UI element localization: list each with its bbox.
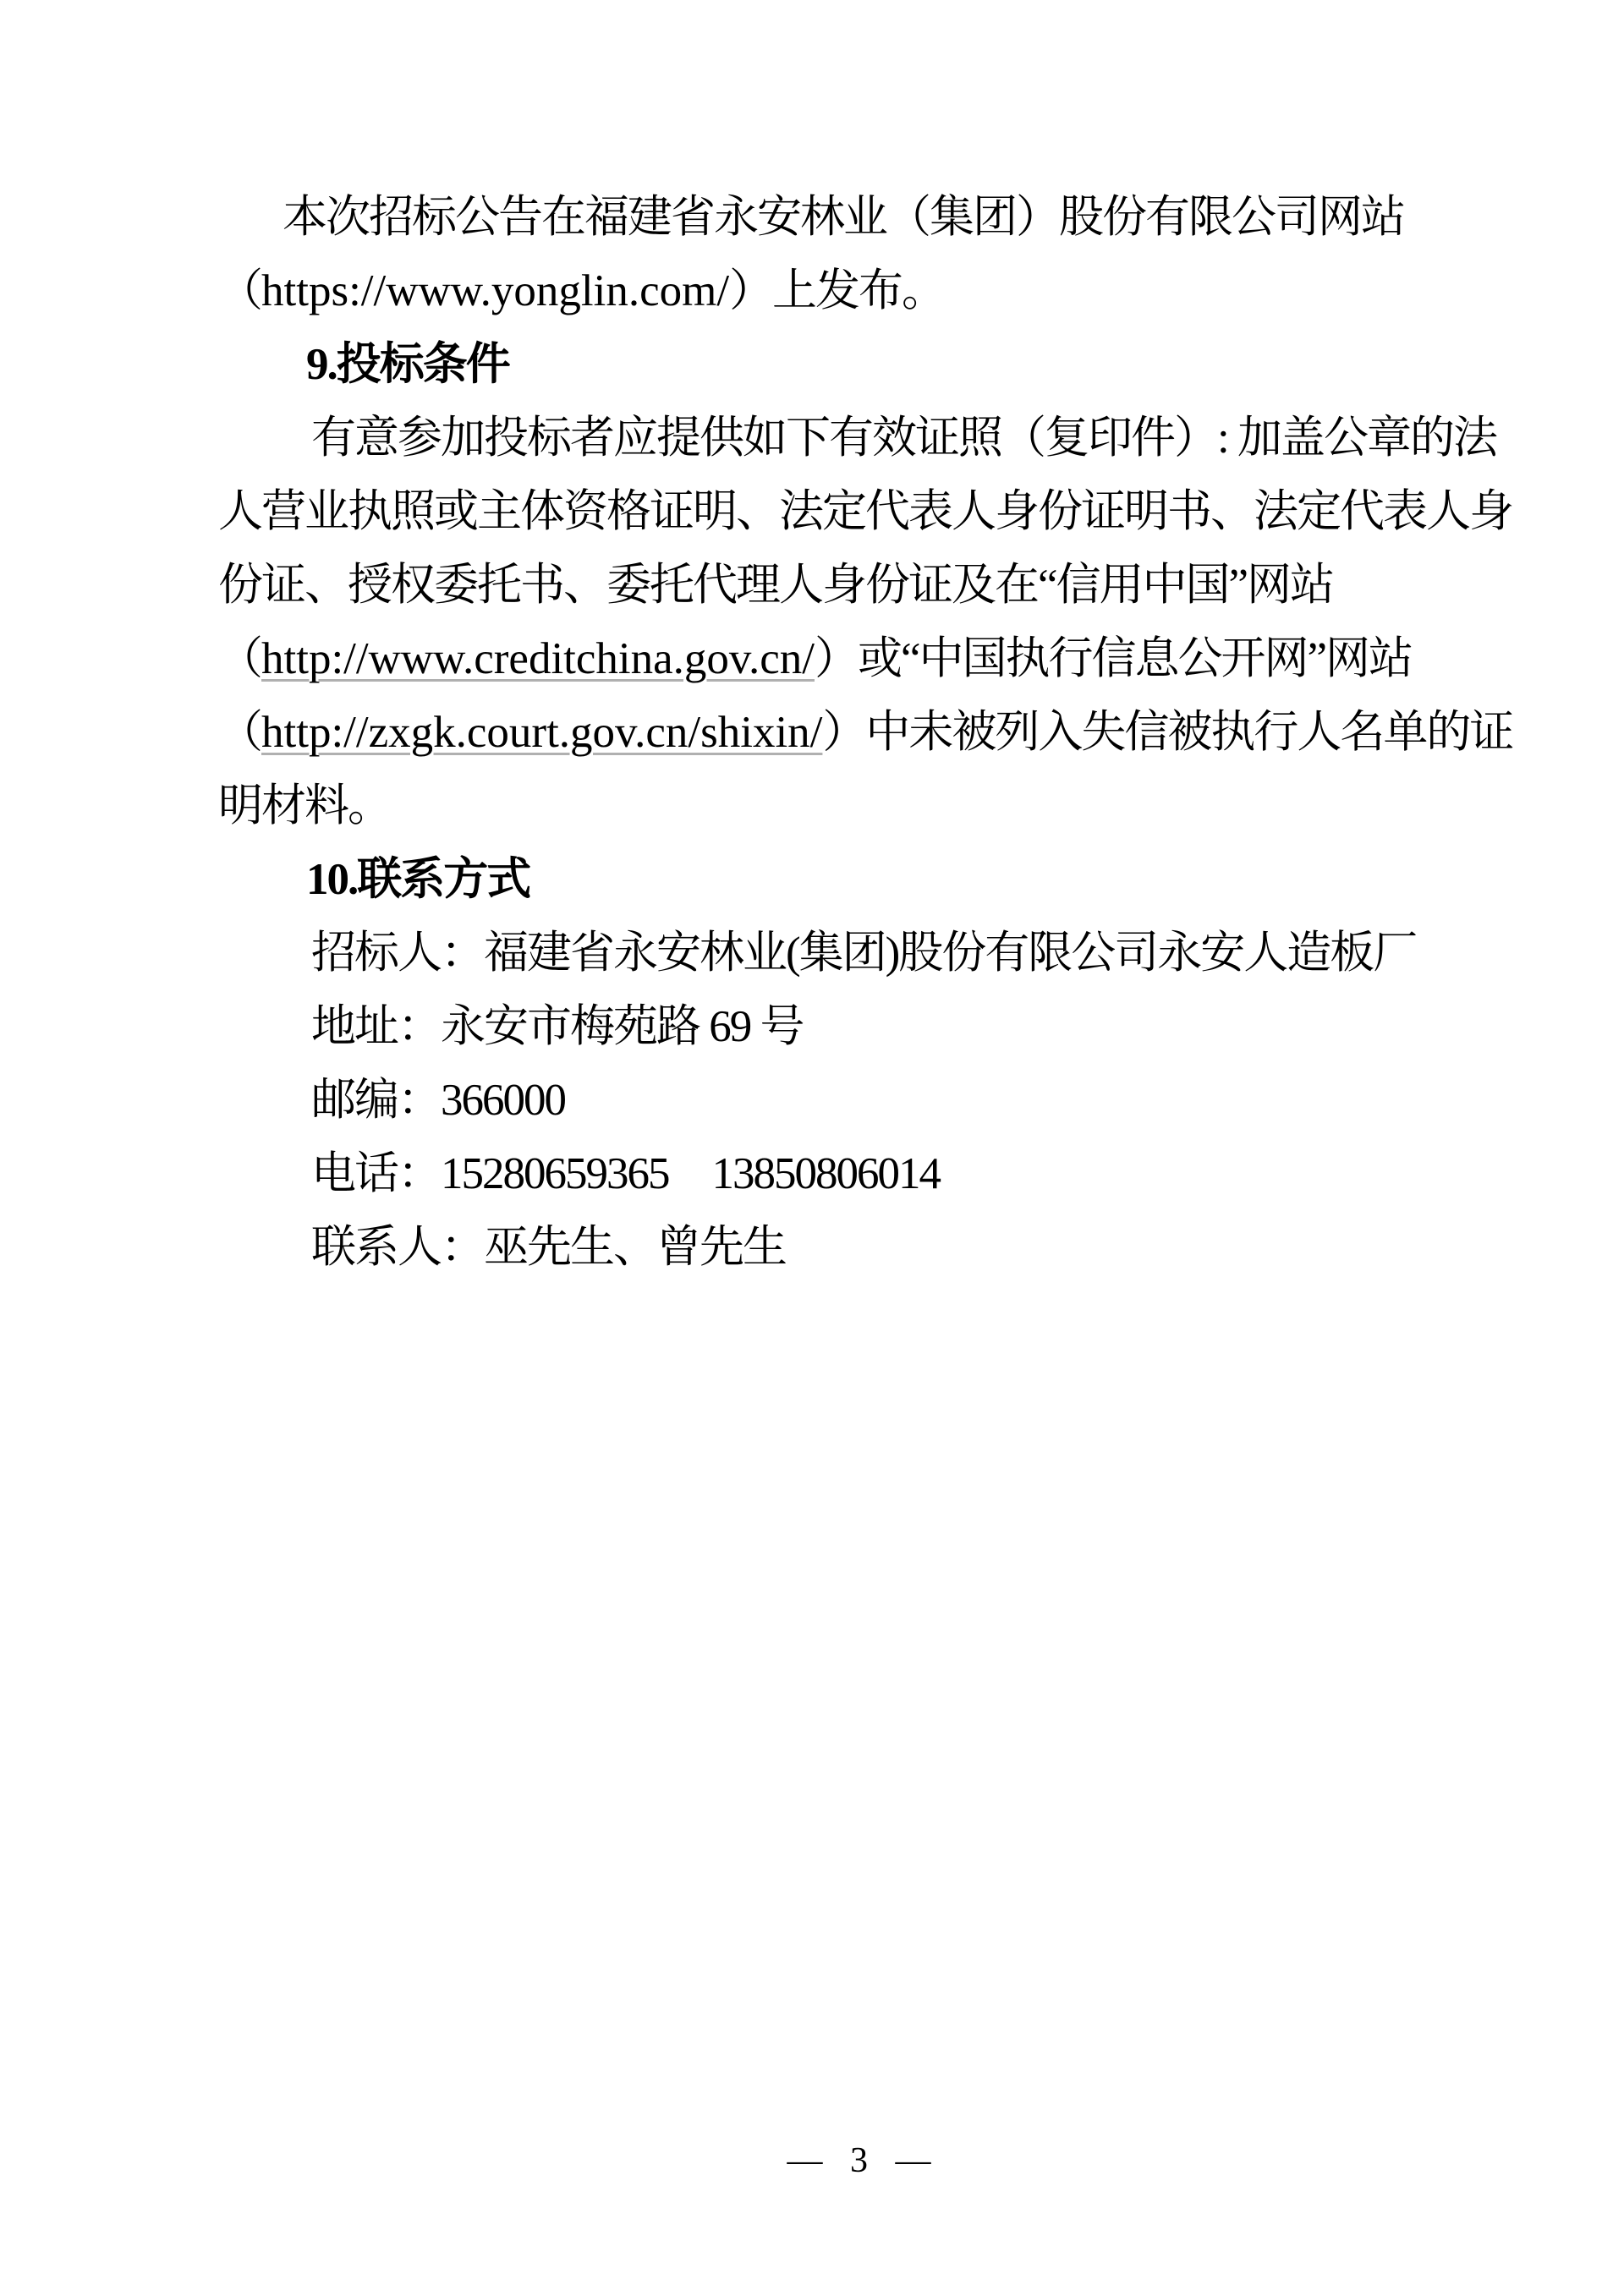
section9-line-5: （http://zxgk.court.gov.cn/shixin/）中未被列入失…: [218, 696, 1500, 770]
open-paren: （: [218, 708, 261, 757]
open-paren: （: [218, 634, 261, 683]
section9-line-6: 明材料。: [218, 770, 1500, 843]
section9-line-4: （http://www.creditchina.gov.cn/）或“中国执行信息…: [218, 622, 1500, 696]
section9-line-4-tail: ）或“中国执行信息公开网”网站: [815, 634, 1412, 683]
phone-line: 电话：15280659365 13850806014: [218, 1137, 1500, 1211]
zxgk-court-url-link[interactable]: http://zxgk.court.gov.cn/shixin/: [261, 708, 822, 757]
section9-line-1: 有意参加投标者应提供如下有效证照（复印件）: 加盖公章的法: [218, 402, 1500, 475]
section10-heading: 10.联系方式: [218, 843, 1500, 917]
section9-heading: 9.投标条件: [218, 328, 1500, 402]
tenderer-line: 招标人：福建省永安林业(集团)股份有限公司永安人造板厂: [218, 917, 1500, 990]
yonglin-url-text: https://www.yonglin.com/: [261, 266, 729, 315]
open-paren: （: [218, 266, 261, 315]
announcement-paragraph-line-1: 本次招标公告在福建省永安林业（集团）股份有限公司网站: [218, 181, 1500, 255]
document-page: 本次招标公告在福建省永安林业（集团）股份有限公司网站 （https://www.…: [0, 0, 1624, 2296]
postcode-line: 邮编：366000: [218, 1064, 1500, 1137]
announcement-text: 本次招标公告在福建省永安林业（集团）股份有限公司网站: [283, 193, 1404, 242]
section9-line-2: 人营业执照或主体资格证明、法定代表人身份证明书、法定代表人身: [218, 475, 1500, 549]
announcement-tail-text: ）上发布。: [729, 266, 945, 315]
address-line: 地址：永安市梅苑路 69 号: [218, 990, 1500, 1064]
announcement-paragraph-line-2: （https://www.yonglin.com/）上发布。: [218, 255, 1500, 328]
section9-line-3: 份证、授权委托书、委托代理人身份证及在“信用中国”网站: [218, 549, 1500, 622]
page-number: — 3 —: [218, 2124, 1500, 2198]
contact-person-line: 联系人：巫先生、曾先生: [218, 1211, 1500, 1285]
section9-line-5-tail: ）中未被列入失信被执行人名单的证: [822, 708, 1512, 757]
creditchina-url-link[interactable]: http://www.creditchina.gov.cn/: [261, 634, 815, 683]
document-body: 本次招标公告在福建省永安林业（集团）股份有限公司网站 （https://www.…: [218, 181, 1500, 1285]
